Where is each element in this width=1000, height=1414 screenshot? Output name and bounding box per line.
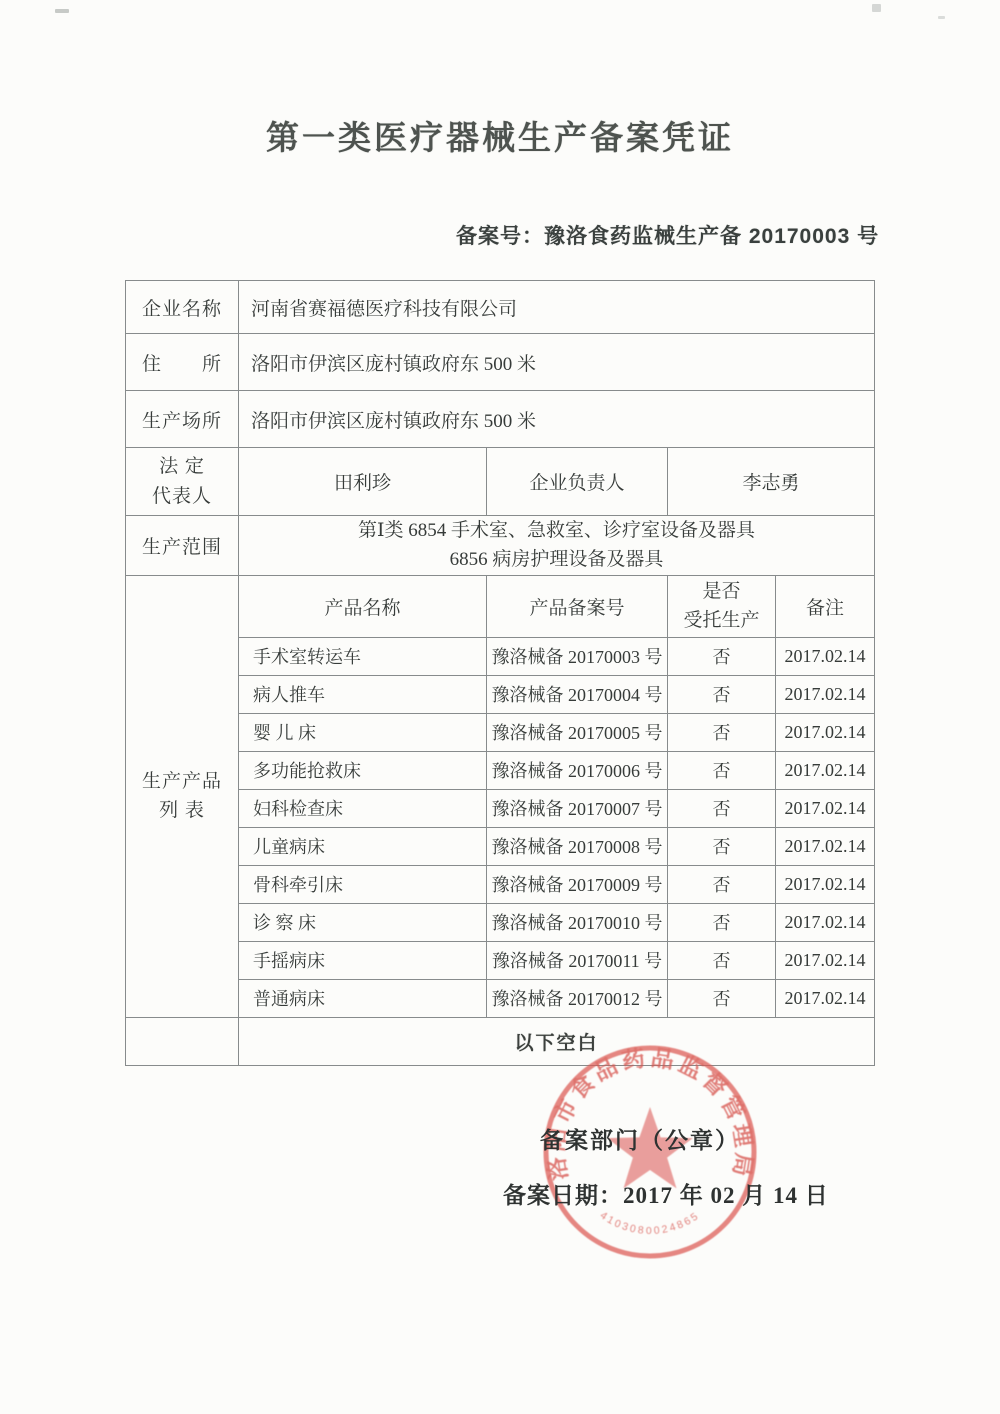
legal-rep-label: 法 定 代表人 [126,448,239,516]
product-name: 婴 儿 床 [239,713,487,751]
scan-artifact [872,4,881,12]
product-remark: 2017.02.14 [776,789,875,827]
table-row: 生产范围 第Ⅰ类 6854 手术室、急救室、诊疗室设备及器具 6856 病房护理… [126,516,875,576]
table-row: 生产场所 洛阳市伊滨区庞村镇政府东 500 米 [126,391,875,448]
page-title: 第一类医疗器械生产备案凭证 [0,112,1000,159]
residence-value: 洛阳市伊滨区庞村镇政府东 500 米 [239,334,875,391]
product-remark: 2017.02.14 [776,865,875,903]
certificate-table: 企业名称 河南省赛福德医疗科技有限公司 住 所 洛阳市伊滨区庞村镇政府东 500… [125,280,875,1066]
product-name: 骨科牵引床 [239,865,487,903]
product-remark: 2017.02.14 [776,637,875,675]
product-entrusted: 否 [668,751,776,789]
production-site-value: 洛阳市伊滨区庞村镇政府东 500 米 [239,391,875,448]
production-scope-label: 生产范围 [126,516,239,576]
product-record-no: 豫洛械备 20170006 号 [487,751,668,789]
product-entrusted: 否 [668,675,776,713]
product-row: 诊 察 床 豫洛械备 20170010 号 否 2017.02.14 [126,903,875,941]
table-row: 法 定 代表人 田利珍 企业负责人 李志勇 [126,448,875,516]
product-name: 诊 察 床 [239,903,487,941]
product-list-side-label: 生产产品 列 表 [126,575,239,1017]
stamp-serial-number: 4103080024865 [598,1209,702,1237]
product-row: 多功能抢救床 豫洛械备 20170006 号 否 2017.02.14 [126,751,875,789]
company-name-label: 企业名称 [126,281,239,334]
product-entrusted: 否 [668,827,776,865]
product-record-header: 产品备案号 [487,575,668,637]
record-number-line: 备案号：豫洛食药监械生产备 20170003 号 [456,220,879,250]
product-name: 多功能抢救床 [239,751,487,789]
product-row: 手术室转运车 豫洛械备 20170003 号 否 2017.02.14 [126,637,875,675]
product-name: 儿童病床 [239,827,487,865]
product-record-no: 豫洛械备 20170003 号 [487,637,668,675]
product-remark: 2017.02.14 [776,675,875,713]
product-name: 手术室转运车 [239,637,487,675]
product-name: 手摇病床 [239,941,487,979]
product-remark: 2017.02.14 [776,903,875,941]
svg-text:4103080024865: 4103080024865 [598,1209,702,1237]
product-record-no: 豫洛械备 20170010 号 [487,903,668,941]
product-record-no: 豫洛械备 20170004 号 [487,675,668,713]
product-header-row: 生产产品 列 表 产品名称 产品备案号 是否 受托生产 备注 [126,575,875,637]
product-entrusted: 否 [668,979,776,1017]
remark-header: 备注 [776,575,875,637]
product-entrusted: 否 [668,713,776,751]
product-name: 病人推车 [239,675,487,713]
product-entrusted: 否 [668,941,776,979]
product-row: 儿童病床 豫洛械备 20170008 号 否 2017.02.14 [126,827,875,865]
company-principal-name: 李志勇 [668,448,875,516]
product-name: 妇科检查床 [239,789,487,827]
product-record-no: 豫洛械备 20170007 号 [487,789,668,827]
filing-date-line: 备案日期：2017 年 02 月 14 日 [503,1177,829,1210]
filing-department-line: 备案部门（公章） [540,1122,740,1155]
product-row: 病人推车 豫洛械备 20170004 号 否 2017.02.14 [126,675,875,713]
product-row: 骨科牵引床 豫洛械备 20170009 号 否 2017.02.14 [126,865,875,903]
product-entrusted: 否 [668,637,776,675]
production-scope-value: 第Ⅰ类 6854 手术室、急救室、诊疗室设备及器具 6856 病房护理设备及器具 [239,516,875,576]
product-record-no: 豫洛械备 20170008 号 [487,827,668,865]
product-name: 普通病床 [239,979,487,1017]
product-row: 妇科检查床 豫洛械备 20170007 号 否 2017.02.14 [126,789,875,827]
product-remark: 2017.02.14 [776,751,875,789]
product-remark: 2017.02.14 [776,979,875,1017]
table-row: 住 所 洛阳市伊滨区庞村镇政府东 500 米 [126,334,875,391]
product-row: 手摇病床 豫洛械备 20170011 号 否 2017.02.14 [126,941,875,979]
scan-artifact [938,16,945,19]
product-entrusted: 否 [668,865,776,903]
table-row: 企业名称 河南省赛福德医疗科技有限公司 [126,281,875,334]
residence-label: 住 所 [126,334,239,391]
product-remark: 2017.02.14 [776,713,875,751]
product-remark: 2017.02.14 [776,941,875,979]
scan-artifact [55,9,69,13]
product-remark: 2017.02.14 [776,827,875,865]
product-record-no: 豫洛械备 20170011 号 [487,941,668,979]
product-record-no: 豫洛械备 20170005 号 [487,713,668,751]
company-principal-label: 企业负责人 [487,448,668,516]
entrusted-header: 是否 受托生产 [668,575,776,637]
product-entrusted: 否 [668,789,776,827]
production-site-label: 生产场所 [126,391,239,448]
product-row: 婴 儿 床 豫洛械备 20170005 号 否 2017.02.14 [126,713,875,751]
product-record-no: 豫洛械备 20170012 号 [487,979,668,1017]
product-name-header: 产品名称 [239,575,487,637]
certificate-page: 第一类医疗器械生产备案凭证 备案号：豫洛食药监械生产备 20170003 号 企… [0,0,1000,1414]
legal-rep-name: 田利珍 [239,448,487,516]
company-name-value: 河南省赛福德医疗科技有限公司 [239,281,875,334]
product-entrusted: 否 [668,903,776,941]
product-row: 普通病床 豫洛械备 20170012 号 否 2017.02.14 [126,979,875,1017]
blank-cell [126,1017,239,1065]
product-record-no: 豫洛械备 20170009 号 [487,865,668,903]
